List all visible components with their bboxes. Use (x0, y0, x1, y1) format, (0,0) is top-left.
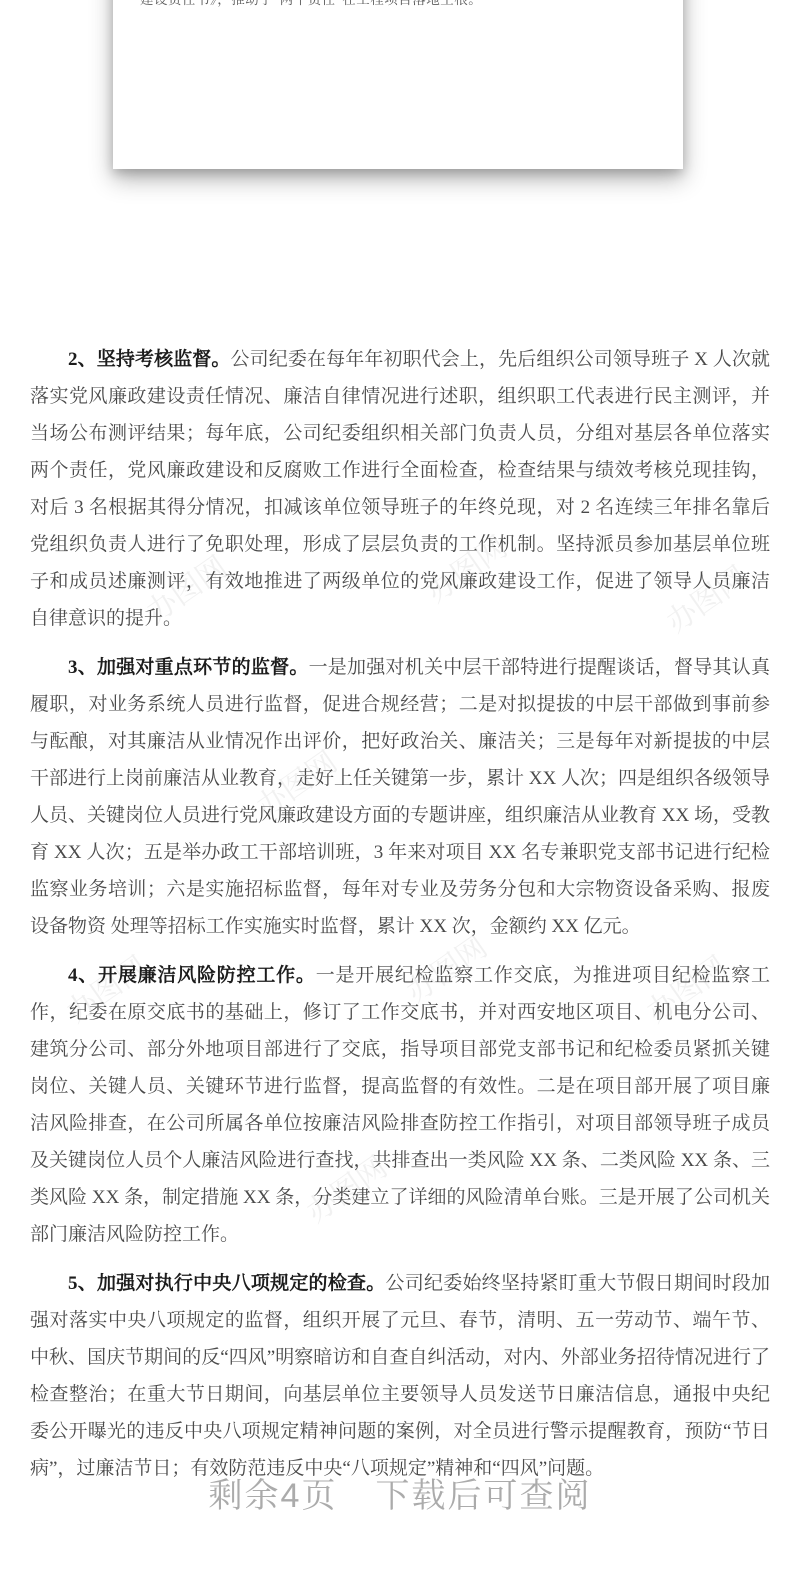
paragraph-3-body: 一是加强对机关中层干部特进行提醒谈话，督导其认真履职，对业务系统人员进行监督，促… (30, 657, 770, 937)
paragraph-5-body: 公司纪委始终坚持紧盯重大节假日期间时段加强对落实中央八项规定的监督，组织开展了元… (30, 1273, 770, 1479)
paragraph-5-lead: 5、加强对执行中央八项规定的检查。 (68, 1273, 386, 1294)
paragraph-4-body: 一是开展纪检监察工作交底，为推进项目纪检监察工作，纪委在原交底书的基础上，修订了… (30, 965, 770, 1245)
footer-download-hint: 下载后可查阅 (375, 1477, 591, 1515)
paragraph-4-lead: 4、开展廉洁风险防控工作。 (68, 965, 316, 986)
paragraph-2-body: 公司纪委在每年年初职代会上，先后组织公司领导班子 X 人次就落实党风廉政建设责任… (30, 349, 770, 629)
paragraph-4: 4、开展廉洁风险防控工作。一是开展纪检监察工作交底，为推进项目纪检监察工作，纪委… (30, 957, 770, 1253)
footer-hint: 剩余4页下载后可查阅 (0, 1468, 800, 1517)
footer-remaining-pages: 剩余4页 (209, 1477, 338, 1515)
paragraph-3-lead: 3、加强对重点环节的监督。 (68, 657, 309, 678)
paragraph-5: 5、加强对执行中央八项规定的检查。公司纪委始终坚持紧盯重大节假日期间时段加强对落… (30, 1265, 770, 1487)
document-body: 2、坚持考核监督。公司纪委在每年年初职代会上，先后组织公司领导班子 X 人次就落… (30, 341, 770, 1499)
previous-page-last-line: 建设责任书》，推动了“两个责任”在工程项目落地生根。 (140, 0, 656, 8)
paragraph-3: 3、加强对重点环节的监督。一是加强对机关中层干部特进行提醒谈话，督导其认真履职，… (30, 649, 770, 945)
document-preview-page: { "previous_page_fragment": { "text": "建… (0, 0, 800, 1572)
paragraph-2-lead: 2、坚持考核监督。 (68, 349, 231, 370)
paragraph-2: 2、坚持考核监督。公司纪委在每年年初职代会上，先后组织公司领导班子 X 人次就落… (30, 341, 770, 637)
previous-page-card: 建设责任书》，推动了“两个责任”在工程项目落地生根。 (113, 0, 683, 169)
